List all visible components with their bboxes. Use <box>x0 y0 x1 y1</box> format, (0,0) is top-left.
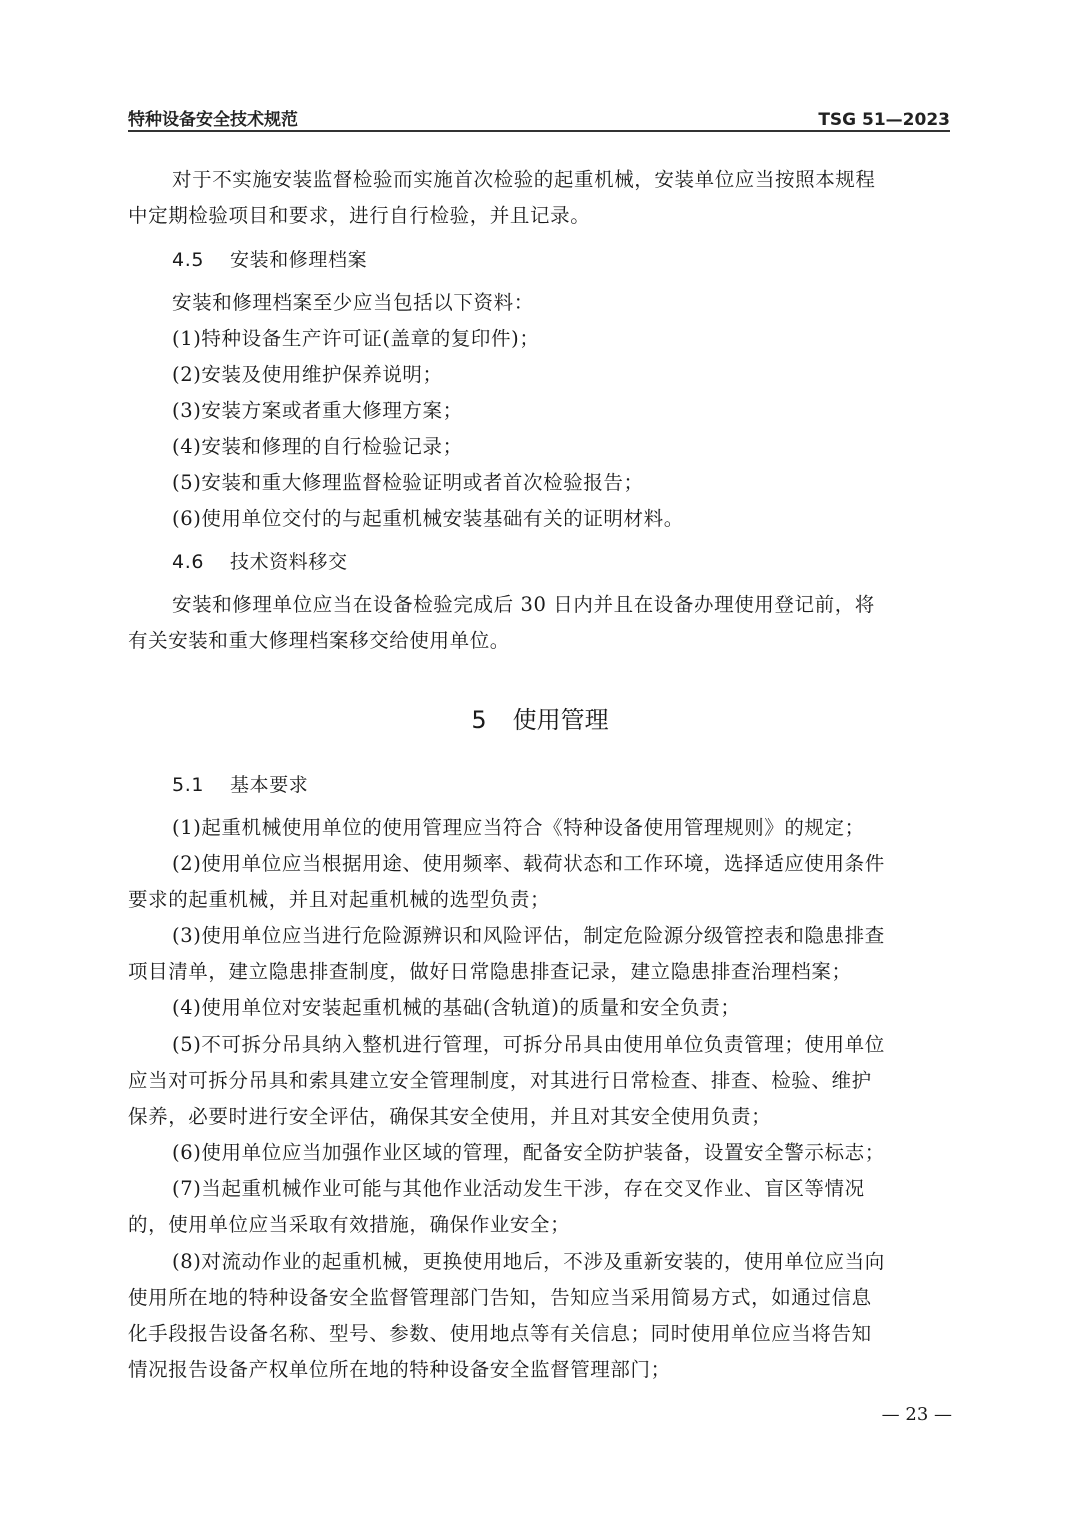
section-title: 技术资料移交 <box>230 551 348 573</box>
chapter-title: 使用管理 <box>513 706 609 734</box>
section-heading-4-6: 4.6技术资料移交 <box>172 547 348 577</box>
page-header: 特种设备安全技术规范 TSG 51—2023 <box>128 102 950 130</box>
chapter-heading-5: 5使用管理 <box>0 700 1080 735</box>
section-title: 安装和修理档案 <box>230 249 367 271</box>
header-rule <box>128 130 950 132</box>
paragraph-line: 保养，必要时进行安全评估，确保其安全使用，并且对其安全使用负责； <box>128 1102 771 1132</box>
list-item: (5)安装和重大修理监督检验证明或者首次检验报告； <box>172 468 644 498</box>
paragraph-line: (2)使用单位应当根据用途、使用频率、载荷状态和工作环境，选择适应使用条件 <box>172 849 885 879</box>
paragraph-line: 情况报告设备产权单位所在地的特种设备安全监督管理部门； <box>128 1355 671 1385</box>
paragraph-line: 有关安装和重大修理档案移交给使用单位。 <box>128 626 510 656</box>
paragraph-line: 项目清单，建立隐患排查制度，做好日常隐患排查记录，建立隐患排查治理档案； <box>128 957 852 987</box>
paragraph-line: (1)起重机械使用单位的使用管理应当符合《特种设备使用管理规则》的规定； <box>172 813 865 843</box>
list-item: (4)安装和修理的自行检验记录； <box>172 432 463 462</box>
list-item: (3)安装方案或者重大修理方案； <box>172 396 463 426</box>
paragraph-line: 使用所在地的特种设备安全监督管理部门告知，告知应当采用简易方式，如通过信息 <box>128 1283 872 1313</box>
paragraph-line: (4)使用单位对安装起重机械的基础(含轨道)的质量和安全负责； <box>172 993 740 1023</box>
paragraph-line: (8)对流动作业的起重机械，更换使用地后，不涉及重新安装的，使用单位应当向 <box>172 1247 885 1277</box>
paragraph-line: 化手段报告设备名称、型号、参数、使用地点等有关信息；同时使用单位应当将告知 <box>128 1319 872 1349</box>
page-number: — 23 — <box>880 1404 952 1425</box>
header-standard-code: TSG 51—2023 <box>818 110 950 130</box>
paragraph-line: 的，使用单位应当采取有效措施，确保作业安全； <box>128 1210 570 1240</box>
paragraph-line: 安装和修理单位应当在设备检验完成后 30 日内并且在设备办理使用登记前，将 <box>172 590 875 620</box>
paragraph-line: (6)使用单位应当加强作业区域的管理，配备安全防护装备，设置安全警示标志； <box>172 1138 885 1168</box>
section-number: 5.1 <box>172 770 230 800</box>
section-number: 4.6 <box>172 547 230 577</box>
paragraph-line: (7)当起重机械作业可能与其他作业活动发生干涉，存在交叉作业、盲区等情况 <box>172 1174 865 1204</box>
paragraph-line: (3)使用单位应当进行危险源辨识和风险评估，制定危险源分级管控表和隐患排查 <box>172 921 885 951</box>
section-title: 基本要求 <box>230 774 308 796</box>
section-number: 4.5 <box>172 245 230 275</box>
paragraph-line: 安装和修理档案至少应当包括以下资料： <box>172 288 534 318</box>
list-item: (6)使用单位交付的与起重机械安装基础有关的证明材料。 <box>172 504 684 534</box>
paragraph-line: 中定期检验项目和要求，进行自行检验，并且记录。 <box>128 201 590 231</box>
section-heading-4-5: 4.5安装和修理档案 <box>172 245 367 275</box>
chapter-number: 5 <box>471 706 486 734</box>
paragraph-line: 要求的起重机械，并且对起重机械的选型负责； <box>128 885 550 915</box>
header-document-series: 特种设备安全技术规范 <box>128 105 298 130</box>
paragraph-line: (5)不可拆分吊具纳入整机进行管理，可拆分吊具由使用单位负责管理；使用单位 <box>172 1030 885 1060</box>
paragraph-line: 对于不实施安装监督检验而实施首次检验的起重机械，安装单位应当按照本规程 <box>172 165 876 195</box>
list-item: (1)特种设备生产许可证(盖章的复印件)； <box>172 324 539 354</box>
section-heading-5-1: 5.1基本要求 <box>172 770 308 800</box>
list-item: (2)安装及使用维护保养说明； <box>172 360 443 390</box>
paragraph-line: 应当对可拆分吊具和索具建立安全管理制度，对其进行日常检查、排查、检验、维护 <box>128 1066 872 1096</box>
